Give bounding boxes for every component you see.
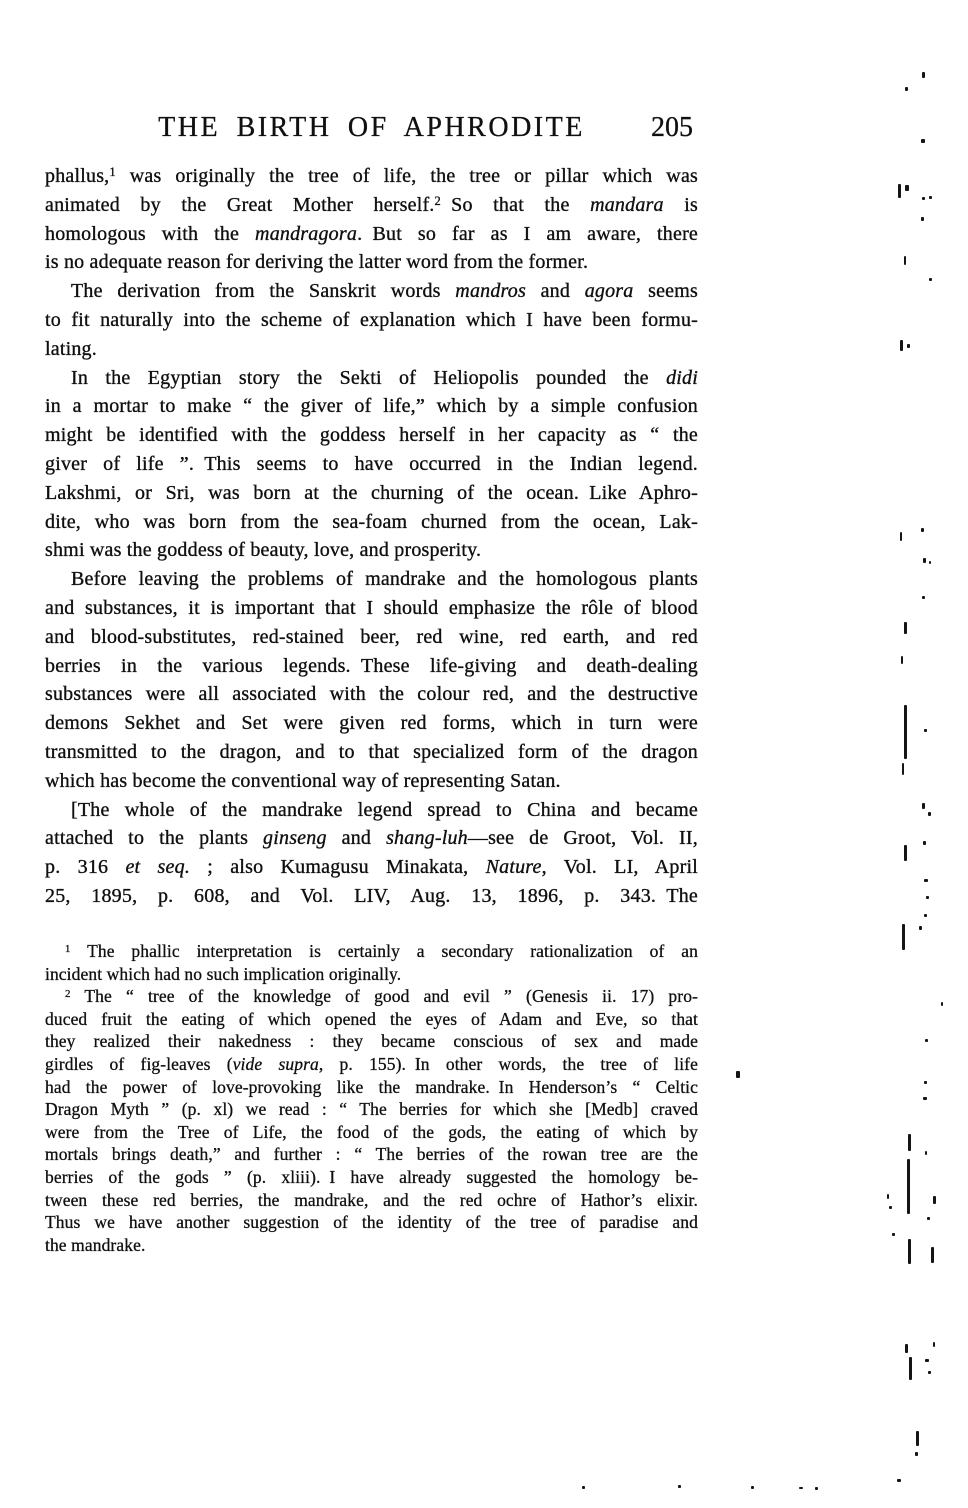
text-run: berries in the various legends. These li… bbox=[45, 655, 698, 677]
body-line-12: Lakshmi, or Sri, was born at the churnin… bbox=[45, 479, 698, 508]
text-run: berries of the gods ” (p. xliii). I have… bbox=[45, 1167, 698, 1187]
body-line-6: to fit naturally into the scheme of expl… bbox=[45, 306, 698, 335]
text-run: were from the Tree of Life, the food of … bbox=[45, 1122, 698, 1142]
body-line-7: lating. bbox=[45, 335, 698, 364]
text-run: p. 316 bbox=[45, 856, 125, 878]
scan-artifact bbox=[926, 896, 929, 899]
body-line-13: dite, who was born from the sea-foam chu… bbox=[45, 508, 698, 537]
text-run: [The whole of the mandrake legend spread… bbox=[71, 799, 698, 821]
page-header: THE BIRTH OF APHRODITE 205 bbox=[45, 112, 698, 146]
text-run: and bbox=[327, 827, 386, 849]
scan-artifact bbox=[904, 256, 906, 265]
text-run: The “ tree of the knowledge of good and … bbox=[71, 986, 698, 1006]
scan-artifact bbox=[925, 1039, 928, 1042]
page-number: 205 bbox=[651, 112, 693, 144]
text-run: The derivation from the Sanskrit words bbox=[71, 280, 455, 302]
body-line-15: Before leaving the problems of mandrake … bbox=[45, 565, 698, 594]
text-run: is bbox=[664, 194, 698, 216]
scan-artifact bbox=[921, 528, 924, 532]
scan-artifact bbox=[907, 1159, 910, 1214]
text-run: Lakshmi, or Sri, was born at the churnin… bbox=[45, 482, 698, 504]
scan-artifact bbox=[900, 532, 902, 541]
text-run: In the Egyptian story the Sekti of Helio… bbox=[71, 367, 666, 389]
body-line-16: and substances, it is important that I s… bbox=[45, 594, 698, 623]
text-run: , p. 155). In other words, the tree of l… bbox=[319, 1054, 698, 1074]
text-run: and bbox=[526, 280, 585, 302]
footnote-line-7: had the power of love-provoking like the… bbox=[45, 1076, 698, 1099]
scan-artifact bbox=[897, 1479, 901, 1482]
text-run: Before leaving the problems of mandrake … bbox=[71, 568, 698, 590]
text-run: transmitted to the dragon, and to that s… bbox=[45, 741, 698, 763]
scan-artifact bbox=[922, 72, 925, 78]
body-line-14: shmi was the goddess of beauty, love, an… bbox=[45, 536, 698, 565]
text-run: . But so far as I am aware, there bbox=[357, 223, 698, 245]
italic-text: mandros bbox=[455, 280, 526, 302]
scan-artifact bbox=[928, 1371, 931, 1374]
scan-artifact bbox=[751, 1486, 754, 1489]
scan-artifact bbox=[799, 1487, 803, 1489]
scan-artifact bbox=[928, 812, 931, 816]
scan-artifact bbox=[921, 139, 925, 143]
body-line-20: demons Sekhet and Set were given red for… bbox=[45, 709, 698, 738]
text-run: might be identified with the goddess her… bbox=[45, 424, 698, 446]
text-run: 25, 1895, p. 608, and Vol. LIV, Aug. 13,… bbox=[45, 885, 698, 907]
footnote-marker: 2 bbox=[65, 988, 71, 1000]
italic-text: vide supra bbox=[233, 1054, 319, 1074]
scan-artifact bbox=[905, 87, 908, 91]
page-title: THE BIRTH OF APHRODITE bbox=[45, 112, 698, 144]
scan-artifact bbox=[905, 1344, 908, 1353]
scan-artifact bbox=[736, 1071, 740, 1078]
scan-artifact bbox=[922, 596, 925, 599]
text-run: lating. bbox=[45, 338, 97, 360]
scan-artifact bbox=[924, 729, 927, 732]
body-line-26: 25, 1895, p. 608, and Vol. LIV, Aug. 13,… bbox=[45, 882, 698, 911]
italic-text: didi bbox=[666, 367, 698, 389]
text-run: duced fruit the eating of which opened t… bbox=[45, 1009, 698, 1029]
footnote-line-10: mortals brings death,” and further : “ T… bbox=[45, 1143, 698, 1166]
text-run: in a mortar to make “ the giver of life,… bbox=[45, 395, 698, 417]
text-run: seems bbox=[634, 280, 699, 302]
text-run: incident which had no such implication o… bbox=[45, 964, 401, 984]
scan-artifact bbox=[927, 1217, 930, 1220]
text-run: , Vol. LI, April bbox=[542, 856, 698, 878]
text-run: mortals brings death,” and further : “ T… bbox=[45, 1144, 698, 1164]
scan-artifact bbox=[904, 845, 907, 861]
scan-artifact bbox=[892, 1233, 895, 1236]
scan-artifact bbox=[900, 340, 903, 351]
footnote-marker: 1 bbox=[65, 943, 71, 955]
body-line-8: In the Egyptian story the Sekti of Helio… bbox=[45, 364, 698, 393]
body-line-23: [The whole of the mandrake legend spread… bbox=[45, 796, 698, 825]
body-line-18: berries in the various legends. These li… bbox=[45, 652, 698, 681]
footnote-line-11: berries of the gods ” (p. xliii). I have… bbox=[45, 1166, 698, 1189]
scan-artifact bbox=[925, 1359, 929, 1362]
scan-artifact bbox=[919, 926, 922, 930]
text-run: they realized their nakedness : they bec… bbox=[45, 1031, 698, 1051]
scan-artifact bbox=[924, 879, 928, 882]
scan-artifact bbox=[916, 1431, 919, 1446]
scan-artifact bbox=[915, 1452, 918, 1456]
text-run: is no adequate reason for deriving the l… bbox=[45, 251, 588, 273]
scan-artifact bbox=[922, 803, 925, 809]
scan-artifact bbox=[924, 1081, 927, 1084]
text-run: —see de Groot, Vol. II, bbox=[468, 827, 698, 849]
footnote-line-4: duced fruit the eating of which opened t… bbox=[45, 1008, 698, 1031]
text-run: had the power of love-provoking like the… bbox=[45, 1077, 698, 1097]
scan-artifact bbox=[905, 185, 909, 191]
scan-artifact bbox=[929, 196, 932, 199]
scan-artifact bbox=[931, 1247, 934, 1263]
text-run: was originally the tree of life, the tre… bbox=[116, 165, 698, 187]
text-run: animated by the Great Mother herself. bbox=[45, 194, 435, 216]
scan-artifact bbox=[909, 1357, 912, 1380]
body-line-17: and blood-substitutes, red-stained beer,… bbox=[45, 623, 698, 652]
scan-artifact bbox=[929, 278, 932, 281]
footnote-line-8: Dragon Myth ” (p. xl) we read : “ The be… bbox=[45, 1098, 698, 1121]
scan-artifact bbox=[887, 1194, 889, 1199]
body-line-4: is no adequate reason for deriving the l… bbox=[45, 248, 698, 277]
italic-text: mandara bbox=[590, 194, 664, 216]
footnote-line-9: were from the Tree of Life, the food of … bbox=[45, 1121, 698, 1144]
scan-artifact bbox=[924, 914, 927, 917]
scan-artifact bbox=[898, 184, 901, 198]
text-run: to fit naturally into the scheme of expl… bbox=[45, 309, 698, 331]
scan-artifact bbox=[908, 1239, 911, 1264]
footnote-line-13: Thus we have another suggestion of the i… bbox=[45, 1211, 698, 1234]
body-line-2: animated by the Great Mother herself.2 S… bbox=[45, 191, 698, 220]
scan-artifact bbox=[923, 841, 926, 845]
scan-artifact bbox=[582, 1486, 585, 1489]
scan-artifact bbox=[933, 1196, 936, 1204]
scan-artifact bbox=[902, 763, 904, 775]
text-run: Thus we have another suggestion of the i… bbox=[45, 1212, 698, 1232]
scan-artifact bbox=[923, 558, 926, 563]
body-line-3: homologous with the mandragora. But so f… bbox=[45, 220, 698, 249]
scan-artifact bbox=[929, 561, 931, 564]
text-run: giver of life ”. This seems to have occu… bbox=[45, 453, 698, 475]
body-line-25: p. 316 et seq. ; also Kumagusu Minakata,… bbox=[45, 853, 698, 882]
text-run: So that the bbox=[441, 194, 590, 216]
scan-artifact bbox=[923, 1097, 927, 1100]
scan-artifact bbox=[901, 656, 903, 664]
italic-text: shang-luh bbox=[386, 827, 468, 849]
footnote-line-6: girdles of fig-leaves (vide supra, p. 15… bbox=[45, 1053, 698, 1076]
italic-text: et seq. bbox=[125, 856, 190, 878]
text-run: attached to the plants bbox=[45, 827, 263, 849]
footnote-marker: 1 bbox=[109, 165, 115, 179]
text-run: substances were all associated with the … bbox=[45, 683, 698, 705]
scan-artifact bbox=[889, 1206, 892, 1209]
italic-text: mandragora bbox=[255, 223, 357, 245]
text-run: The phallic interpretation is certainly … bbox=[71, 941, 698, 961]
body-line-24: attached to the plants ginseng and shang… bbox=[45, 824, 698, 853]
text-run: and substances, it is important that I s… bbox=[45, 597, 698, 619]
body-line-10: might be identified with the goddess her… bbox=[45, 421, 698, 450]
text-run: which has become the conventional way of… bbox=[45, 770, 561, 792]
footnote-line-12: tween these red berries, the mandrake, a… bbox=[45, 1189, 698, 1212]
text-run: ; also Kumagusu Minakata, bbox=[190, 856, 486, 878]
body-line-5: The derivation from the Sanskrit words m… bbox=[45, 277, 698, 306]
footnote-line-5: they realized their nakedness : they bec… bbox=[45, 1030, 698, 1053]
body-line-19: substances were all associated with the … bbox=[45, 680, 698, 709]
body-line-1: phallus,1 was originally the tree of lif… bbox=[45, 162, 698, 191]
italic-text: agora bbox=[585, 280, 634, 302]
body-line-11: giver of life ”. This seems to have occu… bbox=[45, 450, 698, 479]
scan-artifact bbox=[925, 1151, 927, 1155]
text-run: tween these red berries, the mandrake, a… bbox=[45, 1190, 698, 1210]
text-run: Dragon Myth ” (p. xl) we read : “ The be… bbox=[45, 1099, 698, 1119]
text-run: phallus, bbox=[45, 165, 109, 187]
footnote-line-14: the mandrake. bbox=[45, 1234, 698, 1257]
scanned-book-page: THE BIRTH OF APHRODITE 205 phallus,1 was… bbox=[0, 0, 968, 1508]
scan-artifact bbox=[941, 1002, 943, 1006]
text-run: demons Sekhet and Set were given red for… bbox=[45, 712, 698, 734]
italic-text: Nature bbox=[486, 856, 542, 878]
scan-artifact bbox=[908, 1134, 911, 1151]
text-run: shmi was the goddess of beauty, love, an… bbox=[45, 539, 481, 561]
scan-artifact bbox=[933, 1342, 935, 1347]
footnote-marker: 2 bbox=[435, 194, 441, 208]
body-line-9: in a mortar to make “ the giver of life,… bbox=[45, 392, 698, 421]
text-run: the mandrake. bbox=[45, 1235, 145, 1255]
text-run: homologous with the bbox=[45, 223, 255, 245]
scan-artifact bbox=[815, 1487, 818, 1490]
text-run: dite, who was born from the sea-foam chu… bbox=[45, 511, 698, 533]
scan-artifact bbox=[902, 924, 905, 950]
footnotes-block: 1 The phallic interpretation is certainl… bbox=[45, 940, 698, 1256]
footnote-line-3: 2 The “ tree of the knowledge of good an… bbox=[45, 985, 698, 1008]
scan-artifact bbox=[904, 705, 907, 759]
text-run: girdles of fig-leaves ( bbox=[45, 1054, 233, 1074]
body-line-22: which has become the conventional way of… bbox=[45, 767, 698, 796]
footnote-line-1: 1 The phallic interpretation is certainl… bbox=[45, 940, 698, 963]
scan-artifact bbox=[678, 1485, 681, 1488]
scan-artifact bbox=[907, 344, 910, 348]
body-text-block: phallus,1 was originally the tree of lif… bbox=[45, 162, 698, 911]
footnote-line-2: incident which had no such implication o… bbox=[45, 963, 698, 986]
scan-artifact bbox=[921, 217, 924, 221]
italic-text: ginseng bbox=[263, 827, 327, 849]
text-run: and blood-substitutes, red-stained beer,… bbox=[45, 626, 698, 648]
scan-artifact bbox=[922, 197, 925, 200]
scan-artifact bbox=[904, 622, 907, 634]
body-line-21: transmitted to the dragon, and to that s… bbox=[45, 738, 698, 767]
